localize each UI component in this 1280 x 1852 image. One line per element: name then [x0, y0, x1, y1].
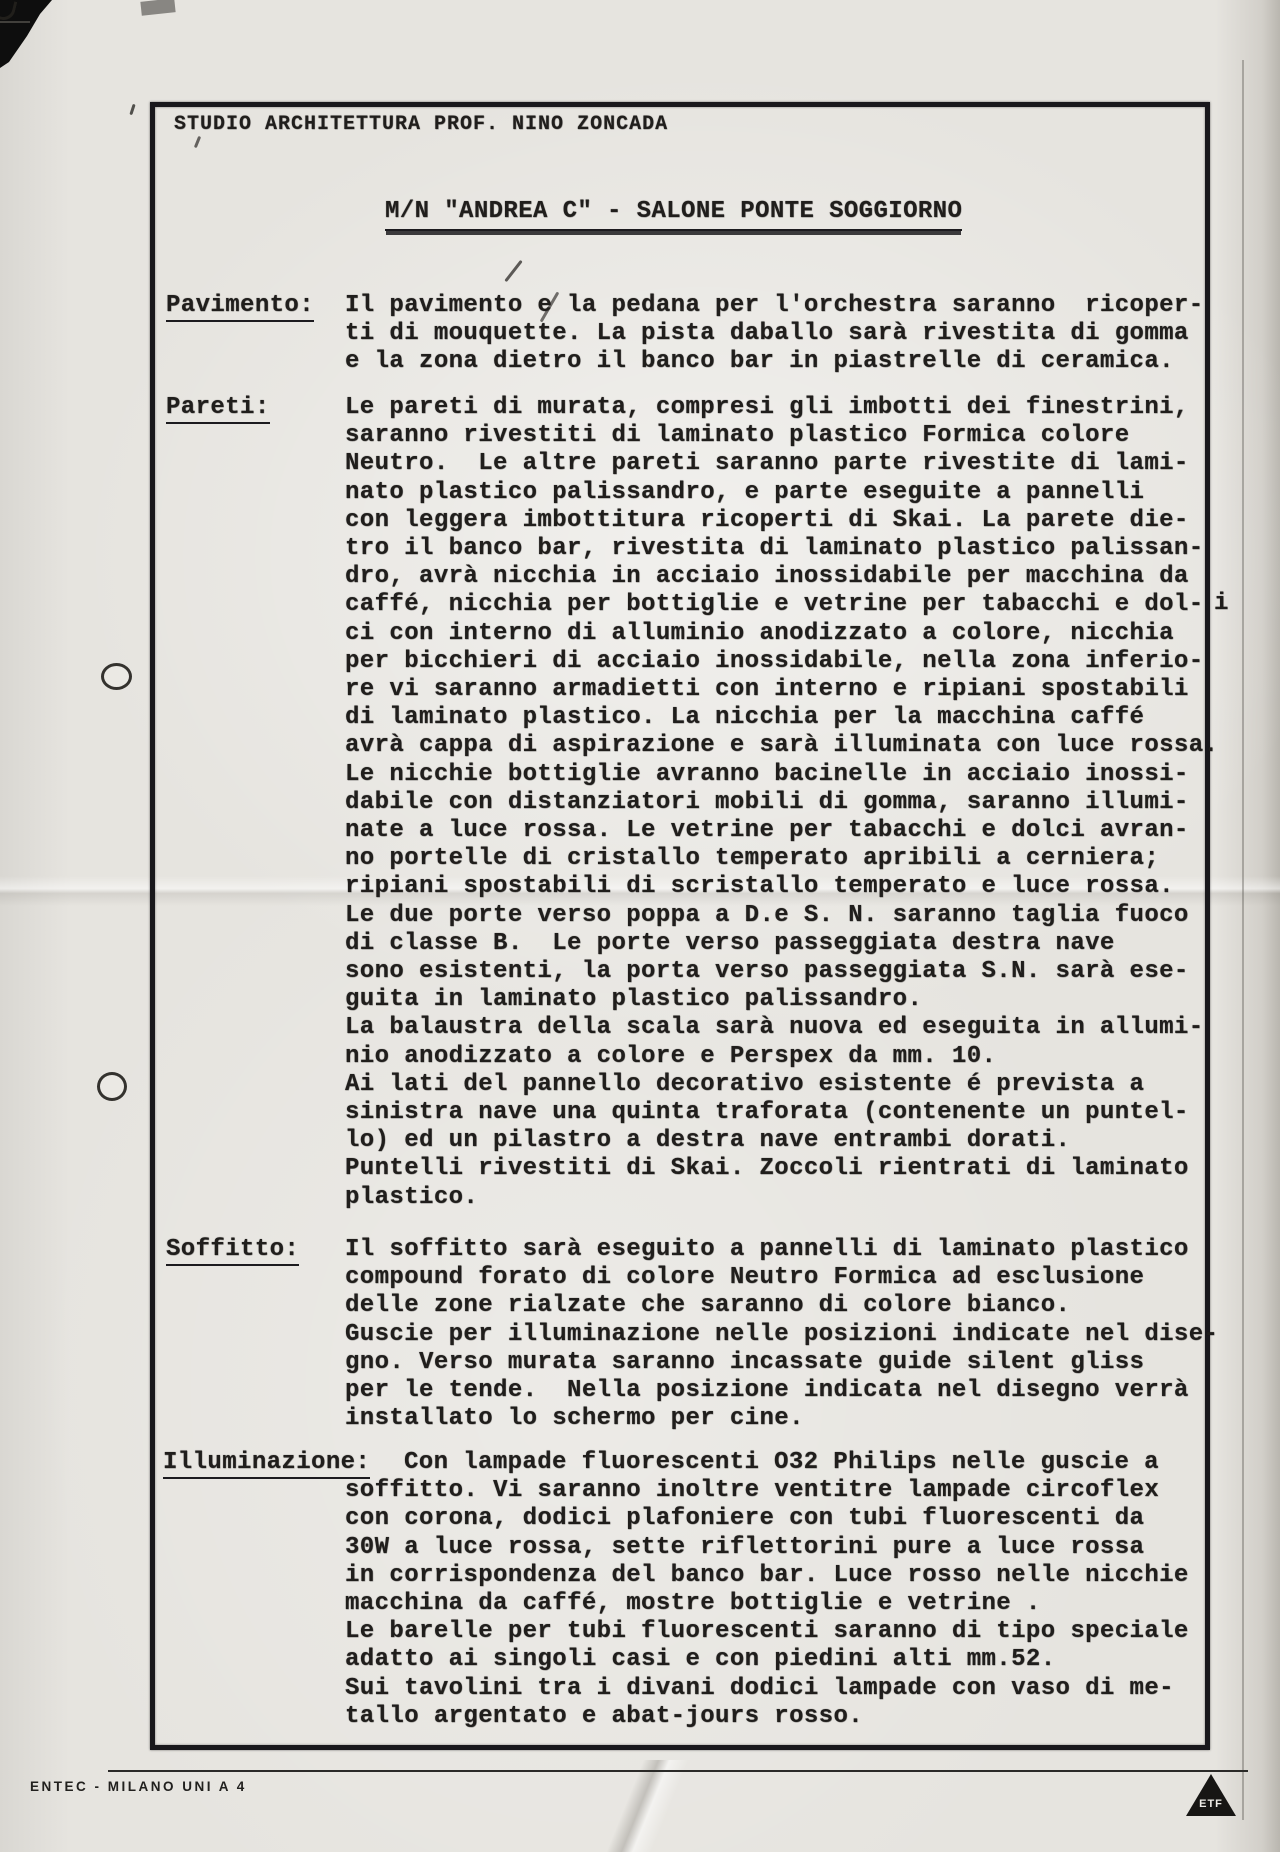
document-title: M/N "ANDREA C" - SALONE PONTE SOGGIORNO — [385, 198, 962, 231]
section-label-pareti: Pareti: — [166, 394, 270, 424]
section-text-illuminazione: Con lampade fluorescenti O32 Philips nel… — [345, 1449, 1265, 1731]
etf-logo-text: ETF — [1186, 1798, 1236, 1810]
section-text-soffitto: Il soffitto sarà eseguito a pannelli di … — [345, 1236, 1265, 1433]
footer-rule — [108, 1770, 1248, 1772]
scan-edge-artifact — [140, 0, 175, 16]
section-text-pavimento: Il pavimento e la pedana per l'orchestra… — [345, 292, 1265, 377]
printer-brand-text: ENTEC - MILANO UNI A 4 — [30, 1779, 247, 1794]
hole-punch — [97, 1072, 127, 1101]
section-label-pavimento: Pavimento: — [166, 292, 314, 322]
paper-fold-crease-bottom — [470, 1760, 810, 1852]
section-label-soffitto: Soffitto: — [166, 1236, 299, 1266]
section-text-pareti: Le pareti di murata, compresi gli imbott… — [345, 394, 1265, 1212]
pencil-mark — [0, 21, 30, 23]
section-label-illuminazione: Illuminazione: — [163, 1449, 370, 1479]
hole-punch — [101, 663, 132, 690]
scanned-document-page: STUDIO ARCHITETTURA PROF. NINO ZONCADA M… — [0, 0, 1280, 1852]
ink-mark — [129, 104, 135, 115]
etf-triangle-logo-icon: ETF — [1186, 1774, 1236, 1816]
margin-overflow-char: i — [1214, 590, 1228, 617]
letterhead: STUDIO ARCHITETTURA PROF. NINO ZONCADA — [174, 113, 668, 136]
